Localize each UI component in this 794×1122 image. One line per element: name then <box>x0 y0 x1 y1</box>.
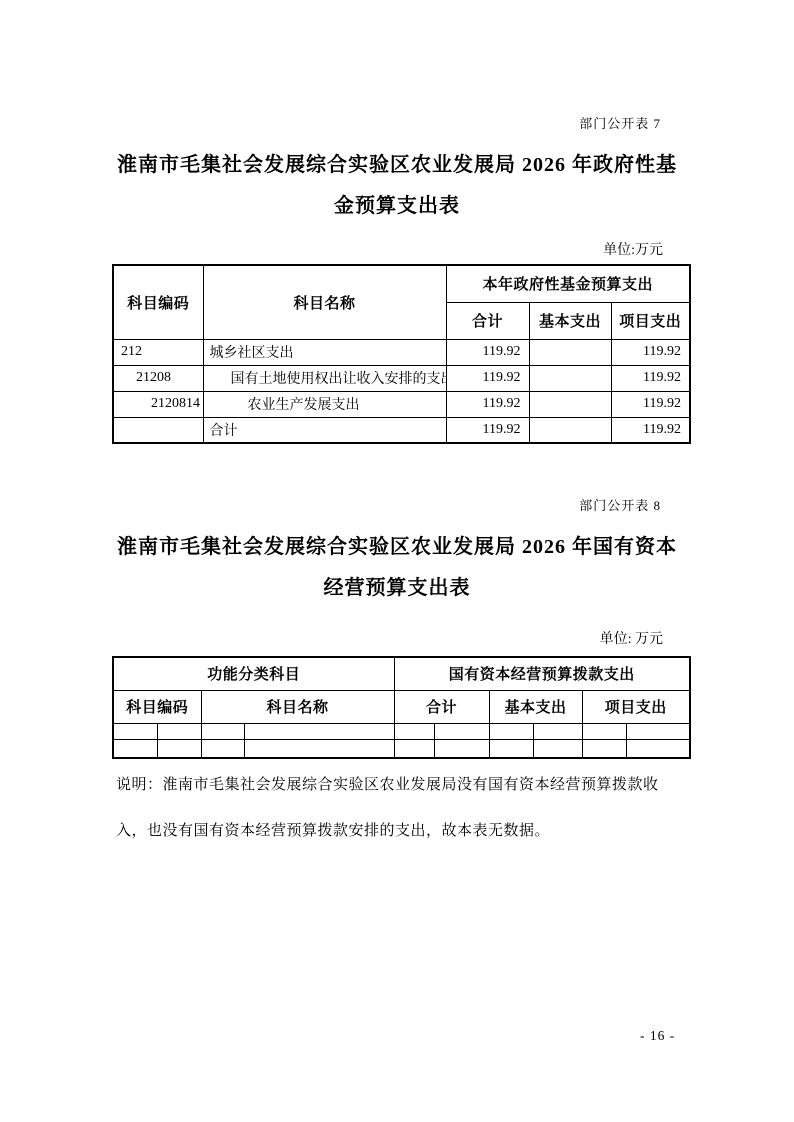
row-basic <box>529 417 611 443</box>
note-text: 说明：淮南市毛集社会发展综合实验区农业发展局没有国有资本经营预算拨款收入，也没有… <box>116 762 674 854</box>
empty-cell <box>244 739 394 758</box>
row-project: 119.92 <box>611 339 690 365</box>
row-name: 农业生产发展支出 <box>203 391 446 417</box>
gov-col-header-code: 科目编码 <box>113 265 203 339</box>
soc-table-header-row-2: 科目编码 科目名称 合计 基本支出 项目支出 <box>113 690 690 723</box>
state-capital-budget-table: 功能分类科目 国有资本经营预算拨款支出 科目编码 科目名称 合计 基本支出 项目… <box>112 656 691 759</box>
table8-tag: 部门公开表 8 <box>112 495 689 514</box>
table-row: 21208 国有土地使用权出让收入安排的支出 119.92 119.92 <box>113 365 690 391</box>
table7-tag: 部门公开表 7 <box>112 113 689 132</box>
soc-col-header-name: 科目名称 <box>201 690 394 723</box>
row-total: 119.92 <box>446 417 529 443</box>
table7-title: 淮南市毛集社会发展综合实验区农业发展局 2026 年政府性基 金预算支出表 <box>97 145 697 227</box>
empty-cell <box>582 739 626 758</box>
row-name: 合计 <box>203 417 446 443</box>
empty-cell <box>244 723 394 739</box>
empty-cell <box>113 739 157 758</box>
table8-unit-label: 单位: 万元 <box>112 628 689 648</box>
row-project: 119.92 <box>611 365 690 391</box>
soc-col-group-appropriation: 国有资本经营预算拨款支出 <box>394 657 690 690</box>
soc-table-header-row-1: 功能分类科目 国有资本经营预算拨款支出 <box>113 657 690 690</box>
empty-cell <box>394 739 434 758</box>
empty-cell <box>157 739 201 758</box>
row-code: 212 <box>113 339 203 365</box>
soc-col-header-total: 合计 <box>394 690 489 723</box>
empty-row <box>113 723 690 739</box>
empty-cell <box>626 739 690 758</box>
empty-cell <box>489 739 533 758</box>
empty-cell <box>489 723 533 739</box>
empty-cell <box>201 739 244 758</box>
gov-col-header-total: 合计 <box>446 302 529 339</box>
row-code <box>113 417 203 443</box>
soc-col-header-basic: 基本支出 <box>489 690 582 723</box>
empty-cell <box>434 723 489 739</box>
row-basic <box>529 339 611 365</box>
empty-cell <box>533 723 582 739</box>
row-code: 21208 <box>113 365 203 391</box>
gov-col-header-name: 科目名称 <box>203 265 446 339</box>
table7-title-line2: 金预算支出表 <box>97 186 697 227</box>
document-page: 部门公开表 7 淮南市毛集社会发展综合实验区农业发展局 2026 年政府性基 金… <box>0 0 794 1122</box>
row-basic <box>529 365 611 391</box>
gov-col-header-project: 项目支出 <box>611 302 690 339</box>
empty-cell <box>434 739 489 758</box>
empty-cell <box>394 723 434 739</box>
empty-cell <box>201 723 244 739</box>
table8-title: 淮南市毛集社会发展综合实验区农业发展局 2026 年国有资本 经营预算支出表 <box>97 527 697 609</box>
empty-cell <box>113 723 157 739</box>
table7-unit-label: 单位:万元 <box>112 239 689 259</box>
table8-title-line2: 经营预算支出表 <box>97 568 697 609</box>
row-total: 119.92 <box>446 365 529 391</box>
row-name: 城乡社区支出 <box>203 339 446 365</box>
soc-col-header-code: 科目编码 <box>113 690 201 723</box>
soc-col-group-function: 功能分类科目 <box>113 657 394 690</box>
page-number: - 16 - <box>640 1028 675 1044</box>
empty-cell <box>626 723 690 739</box>
empty-cell <box>157 723 201 739</box>
table-row: 2120814 农业生产发展支出 119.92 119.92 <box>113 391 690 417</box>
row-code: 2120814 <box>113 391 203 417</box>
table7-title-line1: 淮南市毛集社会发展综合实验区农业发展局 2026 年政府性基 <box>97 145 697 186</box>
gov-fund-budget-table: 科目编码 科目名称 本年政府性基金预算支出 合计 基本支出 项目支出 212 城… <box>112 264 691 444</box>
table-row-total: 合计 119.92 119.92 <box>113 417 690 443</box>
gov-table-header-row-1: 科目编码 科目名称 本年政府性基金预算支出 <box>113 265 690 302</box>
row-total: 119.92 <box>446 391 529 417</box>
table8-title-line1: 淮南市毛集社会发展综合实验区农业发展局 2026 年国有资本 <box>97 527 697 568</box>
row-project: 119.92 <box>611 417 690 443</box>
empty-cell <box>533 739 582 758</box>
soc-col-header-project: 项目支出 <box>582 690 690 723</box>
row-name: 国有土地使用权出让收入安排的支出 <box>203 365 446 391</box>
gov-col-header-group: 本年政府性基金预算支出 <box>446 265 690 302</box>
row-total: 119.92 <box>446 339 529 365</box>
row-basic <box>529 391 611 417</box>
row-project: 119.92 <box>611 391 690 417</box>
empty-row <box>113 739 690 758</box>
table-row: 212 城乡社区支出 119.92 119.92 <box>113 339 690 365</box>
empty-cell <box>582 723 626 739</box>
gov-col-header-basic: 基本支出 <box>529 302 611 339</box>
